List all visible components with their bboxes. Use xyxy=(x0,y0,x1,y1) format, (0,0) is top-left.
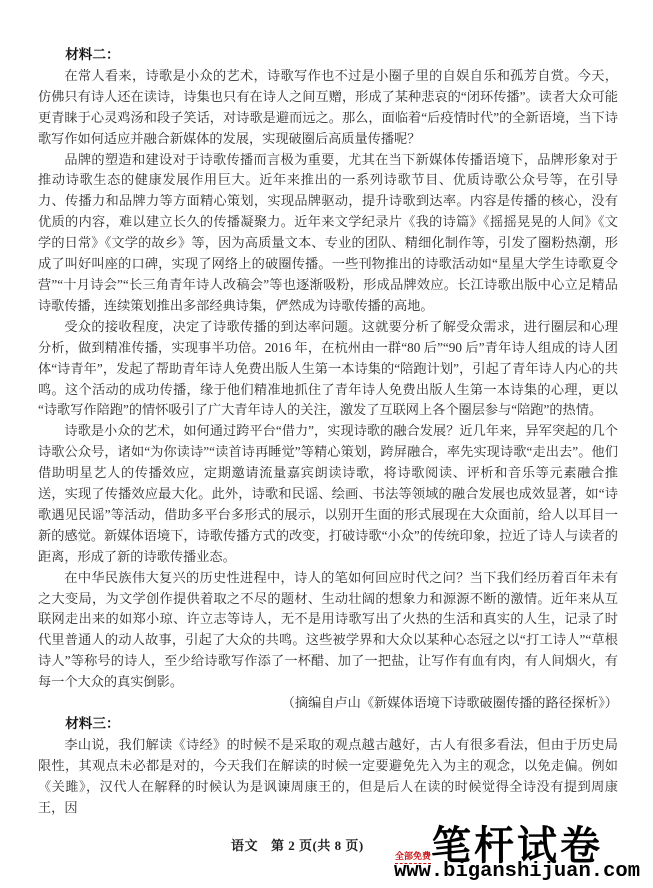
watermark-url-line: 全部免费www.biganshijuan.com xyxy=(394,860,640,886)
section-heading-material-3: 材料三： xyxy=(38,714,618,735)
exam-page: 材料二： 在常人看来，诗歌是小众的艺术，诗歌写作也不过是小圈子里的自娱自乐和孤芳… xyxy=(0,0,653,888)
material-3-paragraph-1: 李山说，我们解读《诗经》的时候不是采取的观点越古越好，古人有很多看法，但由于历史… xyxy=(38,735,618,819)
watermark: 笔杆试卷 全部免费www.biganshijuan.com xyxy=(394,826,640,886)
material-2-paragraph-2: 品牌的塑造和建设对于诗歌传播而言极为重要，尤其在当下新媒体传播语境下，品牌形象对… xyxy=(38,150,618,317)
footer-subject-label: 语文 xyxy=(231,838,258,853)
page-body: 材料二： 在常人看来，诗歌是小众的艺术，诗歌写作也不过是小圈子里的自娱自乐和孤芳… xyxy=(38,45,618,819)
material-2-paragraph-1: 在常人看来，诗歌是小众的艺术，诗歌写作也不过是小圈子里的自娱自乐和孤芳自赏。今天… xyxy=(38,66,618,150)
material-2-paragraph-4: 诗歌是小众的艺术，如何通过跨平台“借力”，实现诗歌的融合发展？近几年来，异军突起… xyxy=(38,421,618,567)
footer-page-number: 第 2 页(共 8 页) xyxy=(271,838,364,853)
watermark-free-badge: 全部免费 xyxy=(395,852,431,864)
material-2-paragraph-5: 在中华民族伟大复兴的历史性进程中，诗人的笔如何回应时代之问？当下我们经历着百年未… xyxy=(38,568,618,693)
material-2-attribution: （摘编自卢山《新媒体语境下诗歌破圈传播的路径探析》） xyxy=(38,693,618,714)
page-footer: 语文第 2 页(共 8 页) xyxy=(231,835,364,854)
section-heading-material-2: 材料二： xyxy=(38,45,618,66)
material-2-paragraph-3: 受众的接收程度，决定了诗歌传播的到达率问题。这就要分析了解受众需求，进行圈层和心… xyxy=(38,317,618,422)
